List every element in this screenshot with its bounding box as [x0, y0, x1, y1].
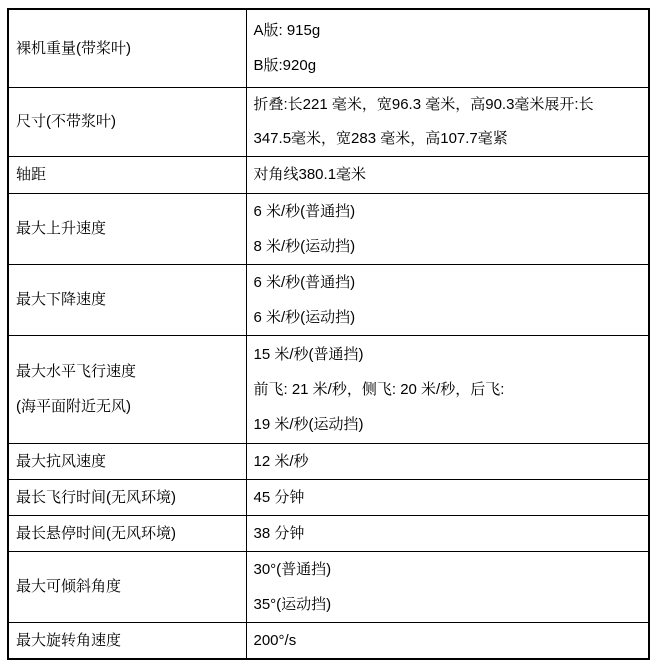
spec-value-cell: 12 米/秒 — [246, 443, 649, 479]
spec-value-cell: 45 分钟 — [246, 479, 649, 515]
spec-value-line: 前飞: 21 米/秒，侧飞: 20 米/秒，后飞: — [254, 372, 645, 407]
table-row: 最大水平飞行速度 (海平面附近无风) 15 米/秒(普通挡) 前飞: 21 米/… — [8, 335, 649, 443]
spec-label-line: (海平面附近无风) — [16, 389, 242, 424]
spec-value-line: 6 米/秒(普通挡) — [254, 194, 645, 229]
table-row: 最大上升速度 6 米/秒(普通挡) 8 米/秒(运动挡) — [8, 193, 649, 264]
spec-value-line: 折叠:长221 毫米，宽96.3 毫米，高90.3毫米展开:长 — [254, 88, 645, 122]
spec-label-line: 最大上升速度 — [16, 211, 242, 246]
spec-label-cell: 最大下降速度 — [8, 264, 246, 335]
spec-label-cell: 最长飞行时间(无风环境) — [8, 479, 246, 515]
spec-value-cell: 折叠:长221 毫米，宽96.3 毫米，高90.3毫米展开:长 347.5毫米，… — [246, 87, 649, 156]
spec-value-line: 35°(运动挡) — [254, 587, 645, 622]
spec-value-cell: 6 米/秒(普通挡) 8 米/秒(运动挡) — [246, 193, 649, 264]
spec-label-cell: 尺寸(不带浆叶) — [8, 87, 246, 156]
spec-label-cell: 最长悬停时间(无风环境) — [8, 515, 246, 551]
spec-label-cell: 最大抗风速度 — [8, 443, 246, 479]
spec-value-line: 19 米/秒(运动挡) — [254, 407, 645, 442]
spec-label-line: 尺寸(不带浆叶) — [16, 105, 242, 139]
spec-table: 裸机重量(带桨叶) A版: 915g B版:920g 尺寸(不带浆叶) 折叠:长… — [7, 8, 650, 660]
spec-label-line: 最大水平飞行速度 — [16, 354, 242, 389]
spec-value-cell: 15 米/秒(普通挡) 前飞: 21 米/秒，侧飞: 20 米/秒，后飞: 19… — [246, 335, 649, 443]
table-row: 最长飞行时间(无风环境) 45 分钟 — [8, 479, 649, 515]
spec-value-line: 347.5毫米，宽283 毫米，高107.7毫紧 — [254, 122, 645, 156]
spec-value-line: 6 米/秒(普通挡) — [254, 265, 645, 300]
spec-label-cell: 裸机重量(带桨叶) — [8, 9, 246, 87]
spec-value-line: 8 米/秒(运动挡) — [254, 229, 645, 264]
spec-label-line: 最长飞行时间(无风环境) — [16, 480, 242, 515]
spec-value-cell: 30°(普通挡) 35°(运动挡) — [246, 551, 649, 622]
spec-label-line: 最长悬停时间(无风环境) — [16, 516, 242, 551]
table-row: 裸机重量(带桨叶) A版: 915g B版:920g — [8, 9, 649, 87]
spec-value-line: A版: 915g — [254, 13, 645, 48]
spec-value-line: 200°/s — [254, 623, 645, 658]
spec-label-cell: 轴距 — [8, 156, 246, 193]
spec-label-cell: 最大旋转角速度 — [8, 622, 246, 659]
spec-label-line: 轴距 — [16, 157, 242, 192]
spec-value-cell: A版: 915g B版:920g — [246, 9, 649, 87]
spec-value-line: B版:920g — [254, 48, 645, 83]
spec-label-line: 裸机重量(带桨叶) — [16, 31, 242, 66]
table-row: 最大旋转角速度 200°/s — [8, 622, 649, 659]
spec-label-cell: 最大上升速度 — [8, 193, 246, 264]
table-row: 最大下降速度 6 米/秒(普通挡) 6 米/秒(运动挡) — [8, 264, 649, 335]
spec-label-line: 最大可倾斜角度 — [16, 569, 242, 604]
spec-value-line: 对角线380.1毫米 — [254, 157, 645, 192]
spec-value-cell: 38 分钟 — [246, 515, 649, 551]
table-row: 最大抗风速度 12 米/秒 — [8, 443, 649, 479]
spec-label-line: 最大抗风速度 — [16, 444, 242, 479]
spec-value-cell: 对角线380.1毫米 — [246, 156, 649, 193]
table-row: 尺寸(不带浆叶) 折叠:长221 毫米，宽96.3 毫米，高90.3毫米展开:长… — [8, 87, 649, 156]
spec-value-line: 12 米/秒 — [254, 444, 645, 479]
spec-value-cell: 6 米/秒(普通挡) 6 米/秒(运动挡) — [246, 264, 649, 335]
spec-value-cell: 200°/s — [246, 622, 649, 659]
spec-label-line: 最大下降速度 — [16, 282, 242, 317]
spec-label-line: 最大旋转角速度 — [16, 623, 242, 658]
spec-value-line: 38 分钟 — [254, 516, 645, 551]
table-row: 最长悬停时间(无风环境) 38 分钟 — [8, 515, 649, 551]
page: 裸机重量(带桨叶) A版: 915g B版:920g 尺寸(不带浆叶) 折叠:长… — [0, 0, 659, 663]
table-row: 轴距 对角线380.1毫米 — [8, 156, 649, 193]
spec-value-line: 45 分钟 — [254, 480, 645, 515]
spec-value-line: 30°(普通挡) — [254, 552, 645, 587]
spec-value-line: 6 米/秒(运动挡) — [254, 300, 645, 335]
spec-label-cell: 最大水平飞行速度 (海平面附近无风) — [8, 335, 246, 443]
table-row: 最大可倾斜角度 30°(普通挡) 35°(运动挡) — [8, 551, 649, 622]
spec-value-line: 15 米/秒(普通挡) — [254, 337, 645, 372]
spec-label-cell: 最大可倾斜角度 — [8, 551, 246, 622]
